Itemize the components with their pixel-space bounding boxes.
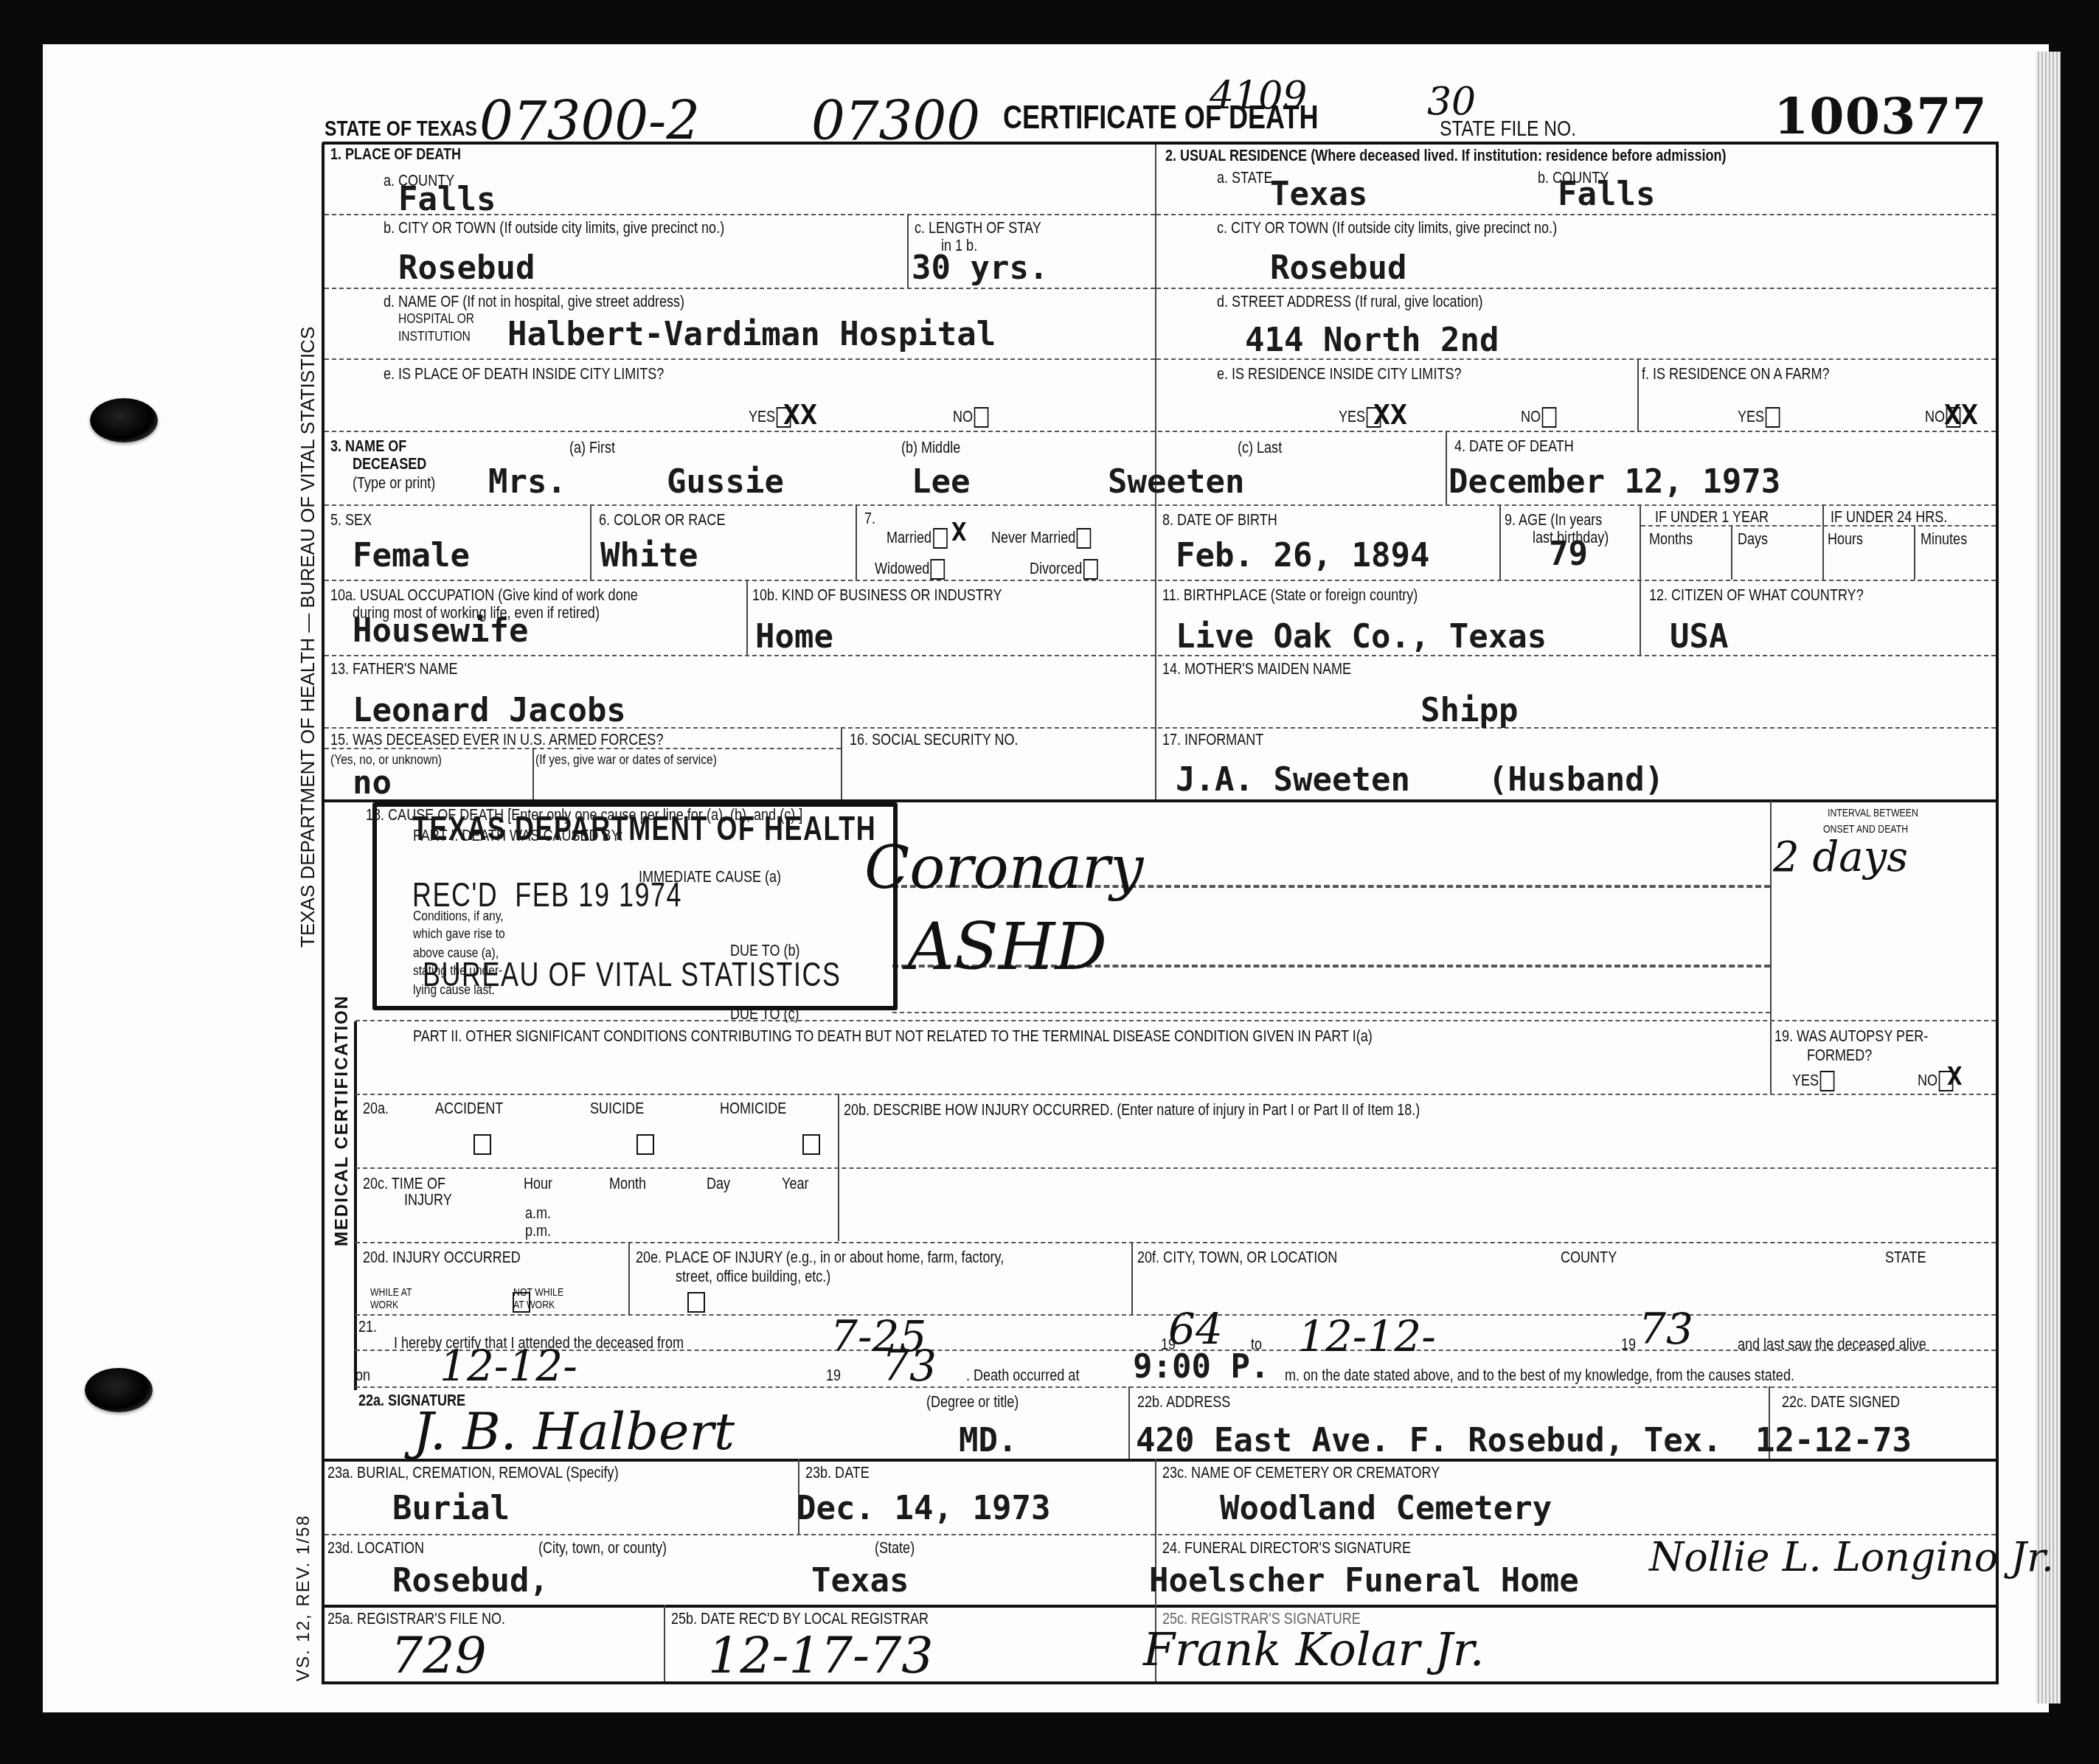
divorced-label: Divorced [1030,559,1082,577]
res-inside-limits-label: e. IS RESIDENCE INSIDE CITY LIMITS? [1217,364,1461,383]
disposition-date-value: Dec. 14, 1973 [797,1490,1050,1527]
res-city-value: Rosebud [1270,249,1406,287]
industry-label: 10b. KIND OF BUSINESS OR INDUSTRY [752,586,1002,605]
autopsy-label-1: 19. WAS AUTOPSY PER- [1774,1027,1928,1046]
checkbox[interactable] [931,559,946,580]
part2-label: PART II. OTHER SIGNIFICANT CONDITIONS CO… [413,1027,1373,1046]
degree-label: (Degree or title) [926,1392,1019,1411]
no-label: NO [953,407,973,426]
on-year-prefix: 19 [826,1366,841,1385]
married-option[interactable]: Married [887,528,947,549]
col-line [1131,1242,1133,1314]
section-line [325,1605,1996,1608]
col-line [1446,431,1447,504]
place-injury-label-1: 20e. PLACE OF INJURY (e.g., in or about … [636,1248,1004,1267]
medical-section-border [354,1021,357,1390]
race-value: White [600,537,698,574]
father-value: Leonard Jacobs [353,692,626,729]
col-line [628,1242,630,1314]
handwritten-title-overlay: 4109 [1210,74,1307,118]
checkbox[interactable] [1766,407,1780,428]
inside-limits-label: e. IS PLACE OF DEATH INSIDE CITY LIMITS? [384,364,664,383]
disposition-date-label: 23b. DATE [805,1463,870,1482]
row-line [355,1386,1996,1388]
days-label: Days [1738,529,1768,549]
col-line [532,748,534,801]
form-bottom-border [322,1681,1999,1684]
on-date: 12-12- [440,1341,577,1391]
birthplace-label: 11. BIRTHPLACE (State or foreign country… [1162,586,1418,605]
first-label: (a) First [569,438,615,457]
funeral-home-value: Hoelscher Funeral Home [1149,1562,1579,1600]
am-label: a.m. [525,1204,551,1223]
col-line [746,580,748,655]
citizen-label: 12. CITIZEN OF WHAT COUNTRY? [1649,586,1864,605]
alive-text: and last saw the deceased alive [1738,1335,1926,1354]
x-mark: X [951,518,966,547]
farm-label: f. IS RESIDENCE ON A FARM? [1642,364,1830,383]
never-married-label: Never Married [991,528,1075,546]
vertical-agency-label: TEXAS DEPARTMENT OF HEALTH — BUREAU OF V… [296,327,319,948]
res-state-value: Texas [1270,176,1367,213]
location-city-label: (City, town, or county) [538,1538,667,1558]
checkbox[interactable] [1542,407,1557,428]
x-mark: XX [783,398,817,431]
middle-name: Lee [912,463,970,501]
method-label: 23a. BURIAL, CREMATION, REMOVAL (Specify… [327,1463,619,1482]
col-line [856,504,857,580]
col-line [1914,527,1915,580]
married-label: Married [887,528,931,546]
occupation-label-1: 10a. USUAL OCCUPATION (Give kind of work… [330,586,638,605]
pm-label: p.m. [525,1221,551,1240]
address-value: 420 East Ave. F. Rosebud, Tex. [1136,1422,1722,1459]
reg-file-value: 729 [391,1627,487,1685]
year-label: Year [782,1174,808,1193]
row-line [1156,214,1996,215]
due-b-value: ASHD [907,909,1107,985]
while-work-label: WHILE AT WORK [370,1286,412,1311]
cemetery-label: 23c. NAME OF CEMETERY OR CREMATORY [1162,1463,1440,1482]
father-label: 13. FATHER'S NAME [330,659,458,678]
registrar-signature: Frank Kolar Jr. [1143,1622,1484,1676]
punch-hole-bottom [85,1368,153,1412]
row-line [355,1242,1996,1243]
checkbox[interactable] [1820,1071,1835,1091]
hour-label: Hour [524,1174,552,1193]
location-state-label: (State) [875,1538,915,1558]
divorced-option[interactable]: Divorced [1030,559,1098,580]
age-label-1: 9. AGE (In years [1505,510,1602,529]
received-stamp: TEXAS DEPARTMENT OF HEALTH REC'D FEB 19 … [372,802,898,1010]
checkbox[interactable] [1077,528,1092,549]
suicide-label: SUICIDE [590,1099,644,1118]
stay-label: c. LENGTH OF STAY [915,218,1041,237]
institution-label: INSTITUTION [398,329,471,345]
location-state-value: Texas [811,1562,909,1600]
yes-label: YES [749,407,775,426]
from-year: 64 [1168,1304,1223,1354]
death-city-value: Rosebud [398,249,535,287]
page-stack-edge [2036,52,2061,1704]
first-name: Gussie [667,463,784,501]
suicide-checkbox[interactable] [636,1134,654,1155]
occupation-value: Housewife [353,612,528,650]
date-signed-value: 12-12-73 [1755,1422,1912,1459]
farm-yes[interactable]: YES [1738,407,1780,428]
physician-signature: J. B. Halbert [413,1401,735,1462]
hours-label: Hours [1828,529,1863,549]
never-married-option[interactable]: Never Married [991,528,1092,549]
hospital-or-label: HOSPITAL OR [398,311,474,327]
under-day-label: IF UNDER 24 HRS. [1831,507,1947,527]
death-inside-no[interactable]: NO [953,407,988,428]
on-year: 73 [882,1341,937,1391]
method-value: Burial [392,1490,510,1527]
date-of-death-label: 4. DATE OF DEATH [1454,437,1574,456]
name-label-1: 3. NAME OF [330,437,406,456]
row-line [1156,288,1996,289]
form-left-border [322,143,325,1684]
birth-value: Feb. 26, 1894 [1176,537,1429,574]
death-county-value: Falls [398,181,496,218]
x-mark: XX [1373,398,1407,431]
day-label: Day [707,1174,730,1193]
yes-label: YES [1339,407,1365,426]
vertical-medical-label: MEDICAL CERTIFICATION [332,995,353,1246]
row-line [325,580,1996,581]
checkbox-checked[interactable] [933,528,948,549]
date-of-death-value: December 12, 1973 [1449,463,1780,501]
reg-file-label: 25a. REGISTRAR'S FILE NO. [327,1609,505,1628]
not-while-work-checkbox[interactable] [687,1292,705,1313]
hospital-label: d. NAME OF (If not in hospital, give str… [384,292,684,311]
under-year-label: IF UNDER 1 YEAR [1655,507,1769,527]
state-file-label: STATE FILE NO. [1440,117,1576,142]
stay-value: 30 yrs. [912,249,1048,287]
mother-value: Shipp [1420,692,1518,729]
location-label: 23d. LOCATION [327,1538,424,1558]
middle-label: (b) Middle [901,438,960,457]
reg-date-label: 25b. DATE REC'D BY LOCAL REGISTRAR [671,1609,929,1628]
col-line [1731,527,1732,580]
last-name: Sweeten [1108,463,1244,501]
res-street-label: d. STREET ADDRESS (If rural, give locati… [1217,292,1483,311]
informant-value: J.A. Sweeten (Husband) [1176,761,1664,799]
place-of-death-label: 1. PLACE OF DEATH [330,145,461,164]
row-line [325,655,1996,656]
col-line [1499,504,1501,580]
occurred-label: 20d. INJURY OCCURRED [363,1248,521,1267]
city-label: b. CITY OR TOWN (If outside city limits,… [384,218,724,237]
yes-label: YES [1792,1071,1819,1089]
not-while-work-label: NOT WHILE AT WORK [513,1286,568,1311]
form-revision-label: VS. 12, REV. 1/58 [294,1514,314,1681]
checkbox[interactable] [1083,559,1098,580]
death-at-label: . Death occurred at [966,1366,1079,1385]
form-top-border [322,142,1999,145]
interval-label-1: INTERVAL BETWEEN [1828,807,1918,819]
degree-value: MD. [959,1422,1017,1459]
minutes-label: Minutes [1921,529,1967,549]
ssn-label: 16. SOCIAL SECURITY NO. [850,730,1019,749]
birth-label: 8. DATE OF BIRTH [1162,510,1277,529]
yes-label: YES [1738,407,1764,426]
homicide-label: HOMICIDE [720,1099,786,1118]
place-injury-label-2: street, office building, etc.) [676,1267,830,1286]
date-signed-label: 22c. DATE SIGNED [1782,1392,1900,1411]
res-street-value: 414 North 2nd [1245,322,1499,359]
col-line [841,727,842,801]
birthplace-value: Live Oak Co., Texas [1176,618,1547,656]
stamp-line-3: BUREAU OF VITAL STATISTICS [423,954,842,994]
no-label: NO [1918,1071,1937,1089]
x-mark: X [1947,1062,1962,1091]
death-time: 9:00 P. [1133,1348,1269,1386]
injury-city-label: 20f. CITY, TOWN, OR LOCATION [1137,1248,1337,1267]
reg-date-value: 12-17-73 [708,1627,934,1685]
armed-label: 15. WAS DECEASED EVER IN U.S. ARMED FORC… [330,730,663,749]
location-city-value: Rosebud, [392,1562,549,1600]
res-state-label: a. STATE [1217,168,1273,187]
residence-label: 2. USUAL RESIDENCE (Where deceased lived… [1165,146,1727,165]
stamp-line-2: REC'D FEB 19 1974 [412,875,682,914]
row-line [325,358,1155,360]
row-line [325,504,1996,506]
citizen-value: USA [1670,618,1728,656]
col-line [590,504,591,580]
row-line [355,1020,1996,1021]
name-prefix: Mrs. [488,463,566,501]
industry-value: Home [755,618,833,656]
cause-line-c [892,1012,1770,1013]
director-signature: Nollie L. Longino Jr. [1649,1534,2054,1580]
x-mark: XX [1944,398,1978,431]
age-value: 79 [1549,535,1588,573]
hospital-value: Halbert-Vardiman Hospital [507,316,996,353]
no-label: NO [1521,407,1541,426]
accident-label: ACCIDENT [435,1099,503,1118]
checkbox[interactable] [974,407,989,428]
col-line [664,1605,665,1681]
immediate-cause-value: Coronary [864,833,1143,902]
stated-text: m. on the date stated above, and to the … [1285,1366,1794,1385]
state-label: STATE OF TEXAS [325,117,477,142]
row-line [325,431,1996,432]
col-line [907,214,909,288]
sex-value: Female [353,537,470,574]
punch-hole-top [90,398,158,442]
col-line [1637,358,1639,431]
stamp-line-1: TEXAS DEPARTMENT OF HEALTH [412,808,876,848]
form-right-border [1996,143,1999,1684]
armed-value: no [353,764,392,802]
autopsy-label-2: FORMED? [1807,1046,1872,1065]
to-year-prefix: 19 [1621,1335,1636,1354]
res-city-label: c. CITY OR TOWN (If outside city limits,… [1217,218,1557,237]
row-line [325,288,1155,289]
sex-label: 5. SEX [330,510,372,529]
armed-sub-2: (If yes, give war or dates of service) [535,752,717,768]
res-county-value: Falls [1558,176,1655,213]
to-year: 73 [1639,1304,1693,1354]
interval-value: 2 days [1773,833,1908,881]
col-line [1770,801,1772,1094]
res-inside-no[interactable]: NO [1521,407,1556,428]
accident-checkbox[interactable] [473,1134,491,1155]
certificate-number: 100377 [1774,87,1988,146]
widowed-option[interactable]: Widowed [875,559,946,580]
director-label: 24. FUNERAL DIRECTOR'S SIGNATURE [1162,1538,1411,1558]
on-label: on [355,1366,370,1385]
name-label-3: (Type or print) [353,473,435,493]
marital-label: 7. [864,509,875,528]
mother-label: 14. MOTHER'S MAIDEN NAME [1162,659,1351,678]
col-line [1822,504,1824,580]
homicide-checkbox[interactable] [802,1134,820,1155]
month-label: Month [609,1174,646,1193]
col-line [1128,1386,1130,1459]
injury-row-label: 20a. [363,1099,389,1118]
name-label-2: DECEASED [353,454,426,473]
no-label: NO [1925,407,1945,426]
race-label: 6. COLOR OR RACE [599,510,725,529]
time-label-2: INJURY [404,1190,452,1209]
autopsy-yes[interactable]: YES [1792,1071,1834,1091]
cemetery-value: Woodland Cemetery [1220,1490,1552,1527]
widowed-label: Widowed [875,559,929,577]
address-label: 22b. ADDRESS [1137,1392,1230,1411]
months-label: Months [1649,529,1693,549]
item-21-label: 21. [358,1317,377,1336]
describe-label: 20b. DESCRIBE HOW INJURY OCCURRED. (Ente… [844,1100,1420,1119]
injury-county-label: COUNTY [1561,1248,1617,1267]
to-date: 12-12- [1298,1311,1436,1361]
injury-state-label: STATE [1885,1248,1926,1267]
row-line [355,1094,1996,1095]
informant-label: 17. INFORMANT [1162,730,1263,749]
last-label: (c) Last [1238,438,1282,457]
row-line [355,1167,1996,1169]
